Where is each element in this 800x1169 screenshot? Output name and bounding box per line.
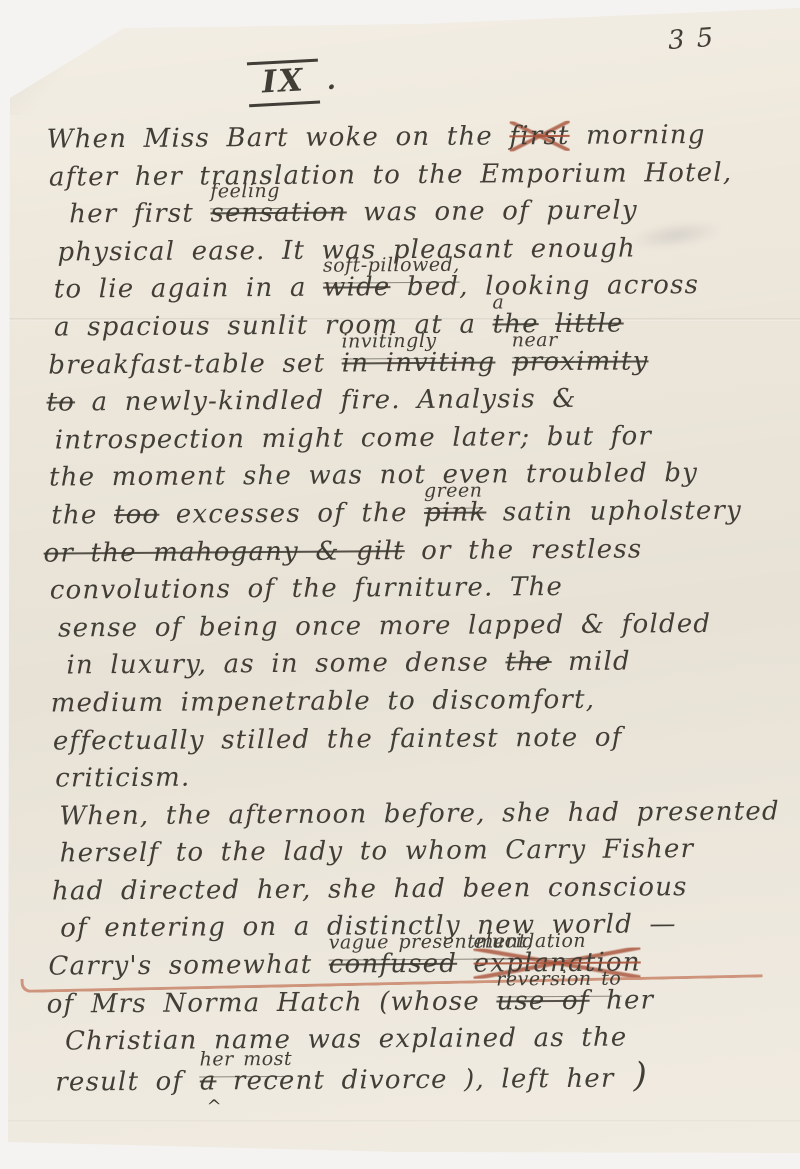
struck-text: proximitynear [512,346,649,377]
folded-corner [4,20,144,115]
manuscript-line: after her translation to the Emporium Ho… [33,155,793,198]
handwritten-text: When Miss Bart woke on the [47,121,510,154]
manuscript-line: the moment she was not even troubled by [35,456,795,499]
handwritten-text: or the restless [405,534,643,566]
handwritten-text: introspection might come later; but for [55,421,652,455]
struck-text: aher most^ [200,1066,217,1096]
struck-text: widesoft-pillowed, [323,273,391,303]
struck-text: to [46,388,75,418]
manuscript-line: criticism. [37,756,797,799]
manuscript-line: result of aher most^ recent divorce ), l… [39,1057,799,1100]
handwritten-text: in luxury, as in some dense [66,648,505,681]
paper-crease [0,1120,800,1123]
manuscript-line: breakfast-table set in invitinginvitingl… [34,343,794,386]
manuscript-paper: 35 IX. When Miss Bart woke on the first … [0,0,800,1169]
handwritten-text: her first [69,199,210,230]
handwritten-text: was one of purely [347,196,638,228]
manuscript-line: the too excesses of the pinkgreen satin … [35,493,795,536]
manuscript-line: effectually stilled the faintest note of [37,719,797,762]
struck-text: pinkgreen [424,497,486,527]
handwritten-text: excesses of the [159,498,424,530]
page-number: 35 [667,22,726,56]
handwritten-text: medium impenetrable to discomfort, [51,685,596,719]
handwritten-text: had directed her, she had been conscious [52,872,688,906]
heading-period: . [318,66,337,97]
manuscript-line: convolutions of the furniture. The [36,568,796,611]
struck-text: the [505,647,551,677]
manuscript-line: medium impenetrable to discomfort, [37,681,797,724]
struck-text: in invitinginvitingly [342,347,496,378]
manuscript-line: When, the afternoon before, she had pres… [37,794,797,837]
struck-text: sensationfeeling [210,198,346,229]
inserted-text: invitingly [341,323,436,359]
manuscript-line: Christian name was explained as the [39,1020,799,1063]
struck-text: or the mahogany & gilt [43,536,404,569]
handwritten-text: bed, looking across [390,270,699,302]
manuscript-line: to a newly-kindled fire. Analysis & [34,381,794,424]
inserted-text: feeling [210,174,280,209]
handwritten-text: recent divorce ), left her [216,1063,614,1096]
manuscript-line: sense of being once more lapped & folded [36,606,796,649]
manuscript-line: or the mahogany & gilt or the restless [35,531,795,574]
handwritten-text: When, the afternoon before, she had pres… [59,796,780,831]
handwritten-text: to lie again in a [54,273,324,305]
manuscript-line: of Mrs Norma Hatch (whose use ofreversio… [39,982,799,1025]
manuscript-line: herself to the lady to whom Carry Fisher [38,832,798,875]
inserted-text: a [492,285,504,320]
manuscript-body: When Miss Bart woke on the first morning… [33,117,800,1100]
inserted-text: near [512,323,558,358]
manuscript-line: to lie again in a widesoft-pillowed, bed… [34,268,794,311]
manuscript-line: introspection might come later; but for [35,418,795,461]
manuscript-line: her first sensationfeeling was one of pu… [33,193,793,236]
manuscript-line: When Miss Bart woke on the first morning [33,117,793,160]
handwritten-text: herself to the lady to whom Carry Fisher [60,834,695,868]
handwritten-text: criticism. [55,763,190,794]
pen-flourish: ) [614,1055,648,1095]
chapter-heading: IX. [247,58,337,108]
handwritten-text: sense of being once more lapped & folded [58,609,711,644]
handwritten-text: her [589,985,654,1015]
handwritten-text: breakfast-table set [48,348,342,380]
handwritten-text: the moment she was not even troubled by [49,458,698,493]
handwritten-text: Christian name was explained as the [65,1023,628,1057]
handwritten-text: a newly-kindled fire. Analysis & [75,384,577,418]
struck-text: use ofreversion to [496,985,589,1016]
red-struck-text: first [509,121,569,151]
handwritten-text: satin upholstery [486,496,742,528]
handwritten-text: effectually stilled the faintest note of [53,722,623,756]
inserted-text: elucidation [473,924,586,960]
struck-text: too [114,500,160,530]
handwritten-text: mild [552,647,631,678]
handwritten-text: after her translation to the Emporium Ho… [49,157,732,192]
handwritten-text [495,347,512,377]
handwritten-text: morning [570,120,706,151]
handwritten-text: the [51,500,114,530]
inserted-text: green [424,473,483,508]
photograph-of-manuscript-page: { "colors":{ "background":"#f4f3f1", "pa… [0,0,800,1169]
handwritten-text: of Mrs Norma Hatch (whose [47,986,497,1019]
handwritten-text: result of [55,1066,200,1097]
manuscript-line: Carry's somewhat confusedvague presentme… [38,944,798,987]
manuscript-line: had directed her, she had been conscious [38,869,798,912]
manuscript-line: in luxury, as in some dense the mild [36,644,796,687]
chapter-numeral: IX [247,59,320,108]
handwritten-text: convolutions of the furniture. The [50,572,563,606]
struck-text: little [555,309,624,339]
